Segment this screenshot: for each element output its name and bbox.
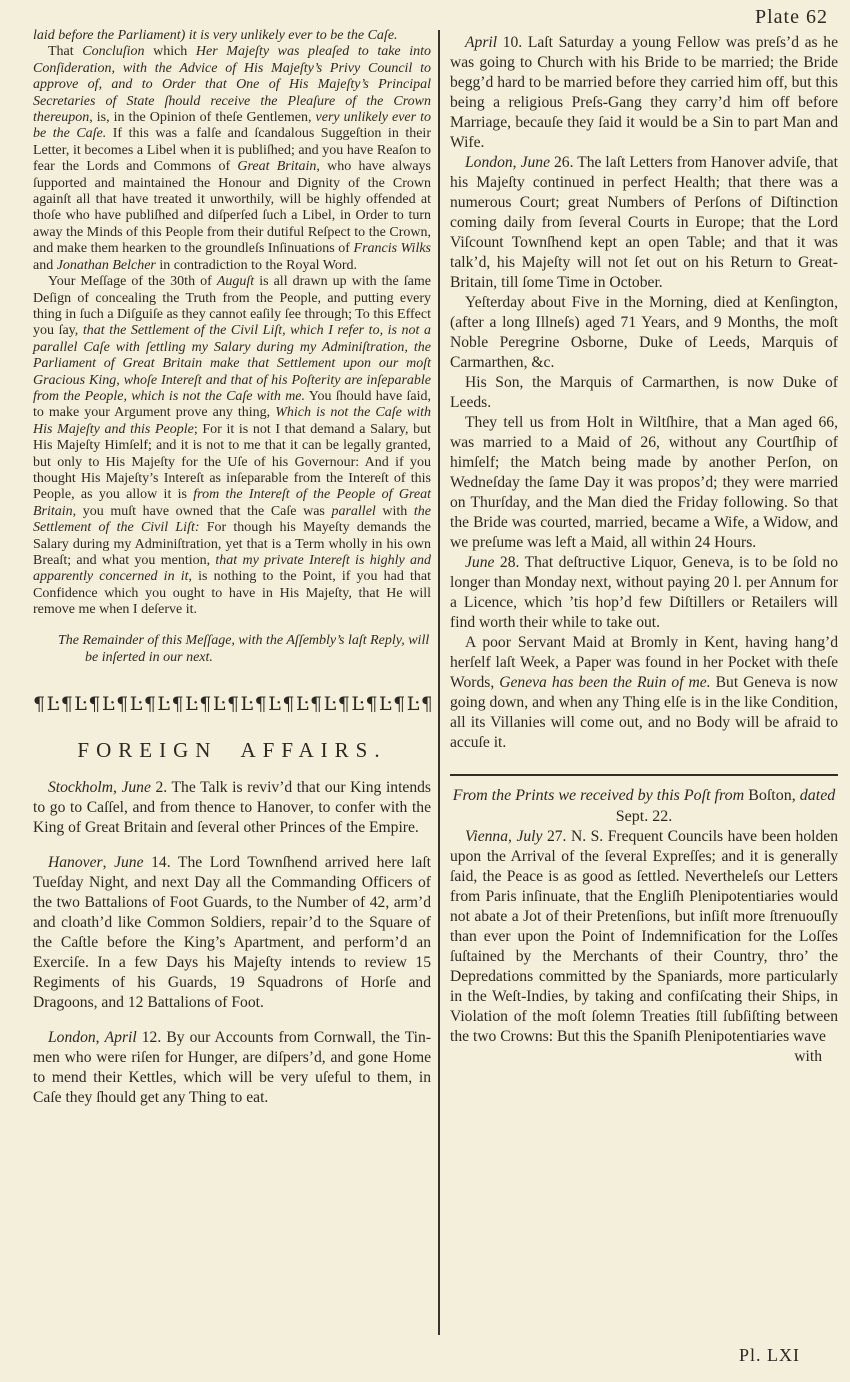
plate-footer: Pl. LXI [739, 1345, 800, 1366]
news-paragraph: Vienna, July 27. N. S. Frequent Councils… [450, 827, 838, 1047]
news-paragraph: London, April 12. By our Accounts from C… [33, 1028, 431, 1108]
column-divider [438, 30, 440, 1335]
catchword: with [450, 1047, 838, 1067]
news-paragraph: April 10. Laſt Saturday a young Fellow w… [450, 33, 838, 153]
body-text-paragraph: That Concluſion which Her Majeſty was pl… [33, 44, 431, 274]
newspaper-page: Plate 62 laid before the Parliament) it … [0, 0, 850, 1382]
section-rule [450, 774, 838, 776]
editorial-note: The Remainder of this Meſſage, with the … [33, 632, 431, 666]
ornament-row: ¶Ŀ¶Ŀ¶Ŀ¶Ŀ¶Ŀ¶Ŀ¶Ŀ¶Ŀ¶Ŀ¶Ŀ¶Ŀ¶Ŀ¶Ŀ¶Ŀ¶Ŀ¶Ŀ [33, 693, 431, 715]
news-paragraph: Hanover, June 14. The Lord Townſhend arr… [33, 853, 431, 1013]
left-column: laid before the Parliament) it is very u… [33, 0, 431, 1108]
body-text-paragraph: laid before the Parliament) it is very u… [33, 28, 431, 44]
right-column: April 10. Laſt Saturday a young Fellow w… [450, 0, 838, 1067]
news-paragraph: Yeſterday about Five in the Morning, die… [450, 293, 838, 373]
news-paragraph: Stockholm, June 2. The Talk is reviv’d t… [33, 778, 431, 838]
section-heading-foreign-affairs: FOREIGN AFFAIRS. [33, 737, 431, 763]
post-heading: From the Prints we received by this Poſt… [450, 785, 838, 827]
body-text-paragraph: Your Meſſage of the 30th of Auguſt is al… [33, 274, 431, 619]
news-paragraph: A poor Servant Maid at Bromly in Kent, h… [450, 633, 838, 753]
news-paragraph: They tell us from Holt in Wiltſhire, tha… [450, 413, 838, 553]
news-paragraph: June 28. That deſtructive Liquor, Geneva… [450, 553, 838, 633]
news-paragraph: His Son, the Marquis of Carmarthen, is n… [450, 373, 838, 413]
news-paragraph: London, June 26. The laſt Letters from H… [450, 153, 838, 293]
